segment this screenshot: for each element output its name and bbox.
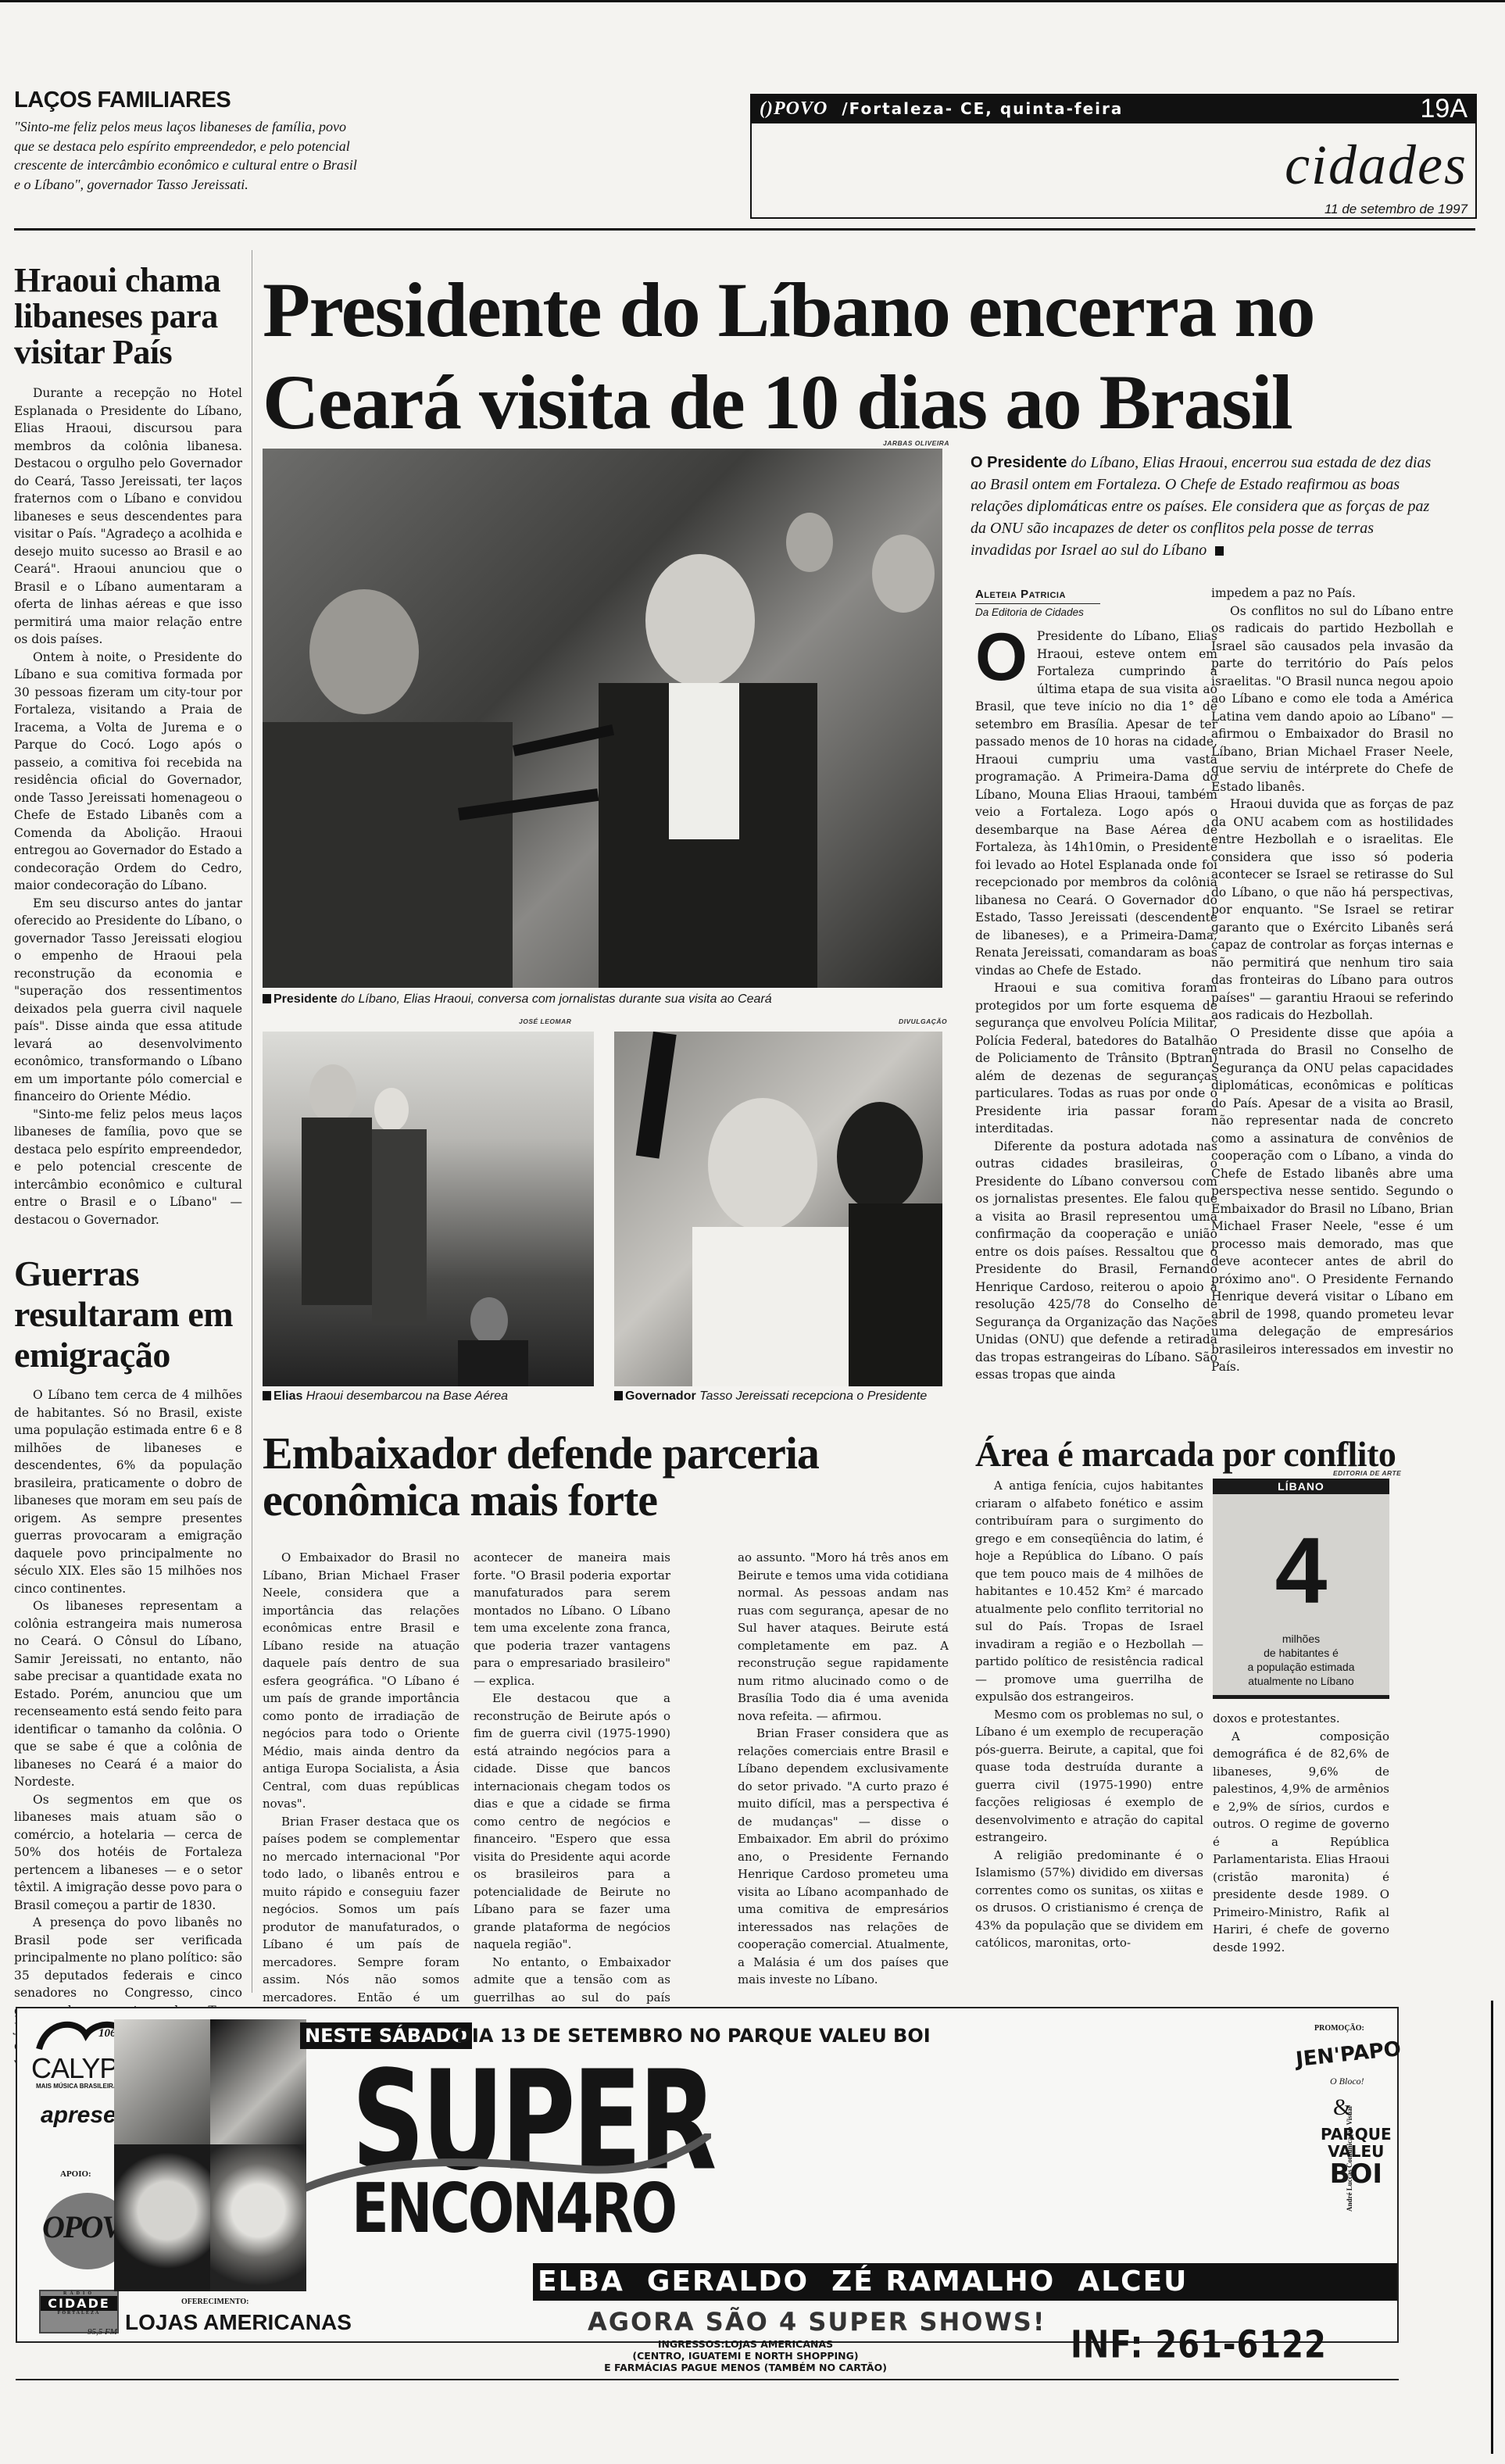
header-rule xyxy=(14,228,1475,231)
infobox-credit: EDITORIA DE ARTE xyxy=(1333,1469,1401,1477)
paragraph: A antiga fenícia, cujos habitantes criar… xyxy=(975,1477,1203,1706)
kicker-title: LAÇOS FAMILIARES xyxy=(14,88,231,113)
photo-3-caption: Governador Tasso Jereissati recepciona o… xyxy=(614,1389,927,1404)
byline-rule xyxy=(975,603,1100,604)
paragraph: O Líbano tem cerca de 4 milhões de habit… xyxy=(14,1386,242,1597)
tickets-info: INGRESSOS:LOJAS AMERICANAS (CENTRO, IGUA… xyxy=(566,2338,925,2373)
edition-date: 11 de setembro de 1997 xyxy=(1324,202,1467,217)
paragraph: Brian Fraser considera que as relações c… xyxy=(738,1725,949,1989)
infobox-bottom-rule xyxy=(1213,1695,1389,1699)
paragraph: acontecer de maneira mais forte. "O Bras… xyxy=(474,1549,670,1690)
offered-label: OFERECIMENTO: xyxy=(181,2298,249,2306)
left-article-1-body: Durante a recepção no Hotel Esplanada o … xyxy=(14,384,242,1228)
main-headline-line-1: Presidente do Líbano encerra no xyxy=(263,264,1466,356)
main-headline: Presidente do Líbano encerra no Ceará vi… xyxy=(263,264,1466,449)
paragraph: O Embaixador do Brasil no Líbano, Brian … xyxy=(263,1549,459,1813)
column-divider xyxy=(252,250,252,1993)
photo-governor-reception xyxy=(614,1032,942,1386)
photo-placeholder-icon xyxy=(614,1032,942,1386)
photo-3-credit: DIVULGAÇÃO xyxy=(899,1017,947,1025)
photo-placeholder-icon xyxy=(263,1032,594,1386)
caption-square-icon xyxy=(263,994,271,1003)
concert-advertisement: 106,7 CALYPSO MAIS MÚSICA BRASILEIRA apr… xyxy=(16,2007,1399,2343)
infobox-title: LÍBANO xyxy=(1213,1479,1389,1494)
desk: Da Editoria de Cidades xyxy=(975,606,1217,618)
artists-photo-grid xyxy=(114,2019,306,2291)
support-label: APOIO: xyxy=(60,2169,91,2179)
infobox-number: 4 xyxy=(1213,1516,1389,1625)
infobox-text: milhões de habitantes é a população esti… xyxy=(1213,1632,1389,1688)
left-article-2-headline: Guerras resultaram em emigração xyxy=(14,1253,242,1375)
paragraph: Mesmo com os problemas no sul, o Líbano … xyxy=(975,1706,1203,1847)
photo-2-credit: JOSÉ LEOMAR xyxy=(519,1017,571,1025)
lead-paragraph: O Presidente do Líbano, Elias Hraoui, en… xyxy=(971,452,1432,561)
section-name: cidades xyxy=(1285,133,1467,198)
dropcap: O xyxy=(975,631,1028,684)
embaixador-headline: Embaixador defende parceria econômica ma… xyxy=(263,1430,950,1524)
end-mark-icon xyxy=(1215,546,1224,556)
paragraph: O Presidente disse que apóia a entrada d… xyxy=(1211,1025,1453,1376)
newspaper-logo: ()POVO xyxy=(760,98,828,120)
lead-bold: O Presidente xyxy=(971,454,1067,471)
main-article-col-2: impedem a paz no País. Os conflitos no s… xyxy=(1211,585,1453,1376)
caption-square-icon xyxy=(263,1391,271,1400)
photo-credit: JARBAS OLIVEIRA xyxy=(883,439,949,447)
top-border xyxy=(0,0,1505,6)
paragraph: Hraoui duvida que as forças de paz da ON… xyxy=(1211,796,1453,1025)
embaixador-col-3: ao assunto. "Moro há três anos em Beirut… xyxy=(738,1549,949,1989)
paragraph: Diferente da postura adotada nas outras … xyxy=(975,1138,1217,1384)
shows-slogan: AGORA SÃO 4 SUPER SHOWS! xyxy=(588,2307,1046,2337)
paragraph: Os segmentos em que os libaneses mais at… xyxy=(14,1791,242,1915)
embaixador-col-2: acontecer de maneira mais forte. "O Bras… xyxy=(474,1549,670,2059)
caption-square-icon xyxy=(614,1391,623,1400)
paragraph: Os conflitos no sul do Líbano entre os r… xyxy=(1211,603,1453,796)
jenipapo-logo: JEN'PAPO xyxy=(1295,2037,1403,2072)
left-article-emigracao: Guerras resultaram em emigração O Líbano… xyxy=(14,1253,242,2072)
photo-arrival-airbase xyxy=(263,1032,594,1386)
paragraph: Ontem à noite, o Presidente do Líbano e … xyxy=(14,649,242,895)
paragraph: A religião predominante é o Islamismo (5… xyxy=(975,1847,1203,1952)
paragraph: Ele destacou que a reconstrução de Beiru… xyxy=(474,1690,670,1954)
promo-label: PROMOÇÃO: xyxy=(1314,2024,1364,2033)
paragraph: impedem a paz no País. xyxy=(1211,585,1453,603)
info-phone: INF: 261-6122 xyxy=(1071,2323,1327,2366)
sponsor-name: LOJAS AMERICANAS xyxy=(125,2310,352,2335)
event-title-encontro: ENCON4RO xyxy=(352,2174,675,2243)
paragraph: ao assunto. "Moro há três anos em Beirut… xyxy=(738,1549,949,1725)
header-place: /Fortaleza- CE, quinta-feira xyxy=(842,99,1123,118)
right-edge-rule xyxy=(1491,2001,1493,2454)
paragraph: Hraoui e sua comitiva foram protegidos p… xyxy=(975,979,1217,1138)
main-photo-press-conference xyxy=(263,449,942,988)
paragraph: Os libaneses representam a colônia estra… xyxy=(14,1597,242,1791)
byline: Aleteia Patricia xyxy=(975,588,1217,601)
paragraph: OPresidente do Líbano, Elias Hraoui, est… xyxy=(975,628,1217,979)
main-article-col-1: Aleteia Patricia Da Editoria de Cidades … xyxy=(975,588,1217,1384)
newspaper-header-bar: ()POVO /Fortaleza- CE, quinta-feira 19A xyxy=(750,94,1477,123)
paragraph: "Sinto-me feliz pelos meus laços libanes… xyxy=(14,1106,242,1229)
paragraph: A composição demográfica é de 82,6% de l… xyxy=(1213,1728,1389,1957)
ad-bottom-rule xyxy=(16,2379,1399,2380)
page-number: 19A xyxy=(1421,94,1468,124)
parque-valeu-boi-logo: PARQUE VALEU BOI xyxy=(1321,2126,1392,2188)
kicker-quote: "Sinto-me feliz pelos meus laços libanes… xyxy=(14,117,366,194)
area-col-1: A antiga fenícia, cujos habitantes criar… xyxy=(975,1477,1203,1952)
main-article-body-1: OPresidente do Líbano, Elias Hraoui, est… xyxy=(975,628,1217,1384)
embaixador-col-1: O Embaixador do Brasil no Líbano, Brian … xyxy=(263,1549,459,2076)
left-article-hraoui: Hraoui chama libaneses para visitar País… xyxy=(14,263,242,1228)
artists-banner: ELBA GERALDO ZÉ RAMALHO ALCEU xyxy=(533,2263,1397,2301)
agency-credit: André Luccas Comunicação Visual xyxy=(1346,2106,1353,2212)
photo-2-caption: Elias Hraoui desembarcou na Base Aérea xyxy=(263,1389,508,1404)
main-headline-line-2: Ceará visita de 10 dias ao Brasil xyxy=(263,356,1466,449)
paragraph: Em seu discurso antes do jantar oferecid… xyxy=(14,895,242,1106)
left-article-2-body: O Líbano tem cerca de 4 milhões de habit… xyxy=(14,1386,242,2072)
photo-placeholder-icon xyxy=(263,449,942,988)
paragraph: doxos e protestantes. xyxy=(1213,1710,1389,1728)
paragraph: Brian Fraser destaca que os países podem… xyxy=(263,1813,459,2024)
area-col-2: doxos e protestantes. A composição demog… xyxy=(1213,1710,1389,1956)
main-photo-caption: Presidente do Líbano, Elias Hraoui, conv… xyxy=(263,992,772,1007)
left-article-1-headline: Hraoui chama libaneses para visitar País xyxy=(14,263,242,370)
paragraph: Durante a recepção no Hotel Esplanada o … xyxy=(14,384,242,649)
radio-cidade-freq: 95,5 FM xyxy=(88,2327,117,2337)
libano-infobox: LÍBANO 4 milhões de habitantes é a popul… xyxy=(1213,1479,1389,1699)
